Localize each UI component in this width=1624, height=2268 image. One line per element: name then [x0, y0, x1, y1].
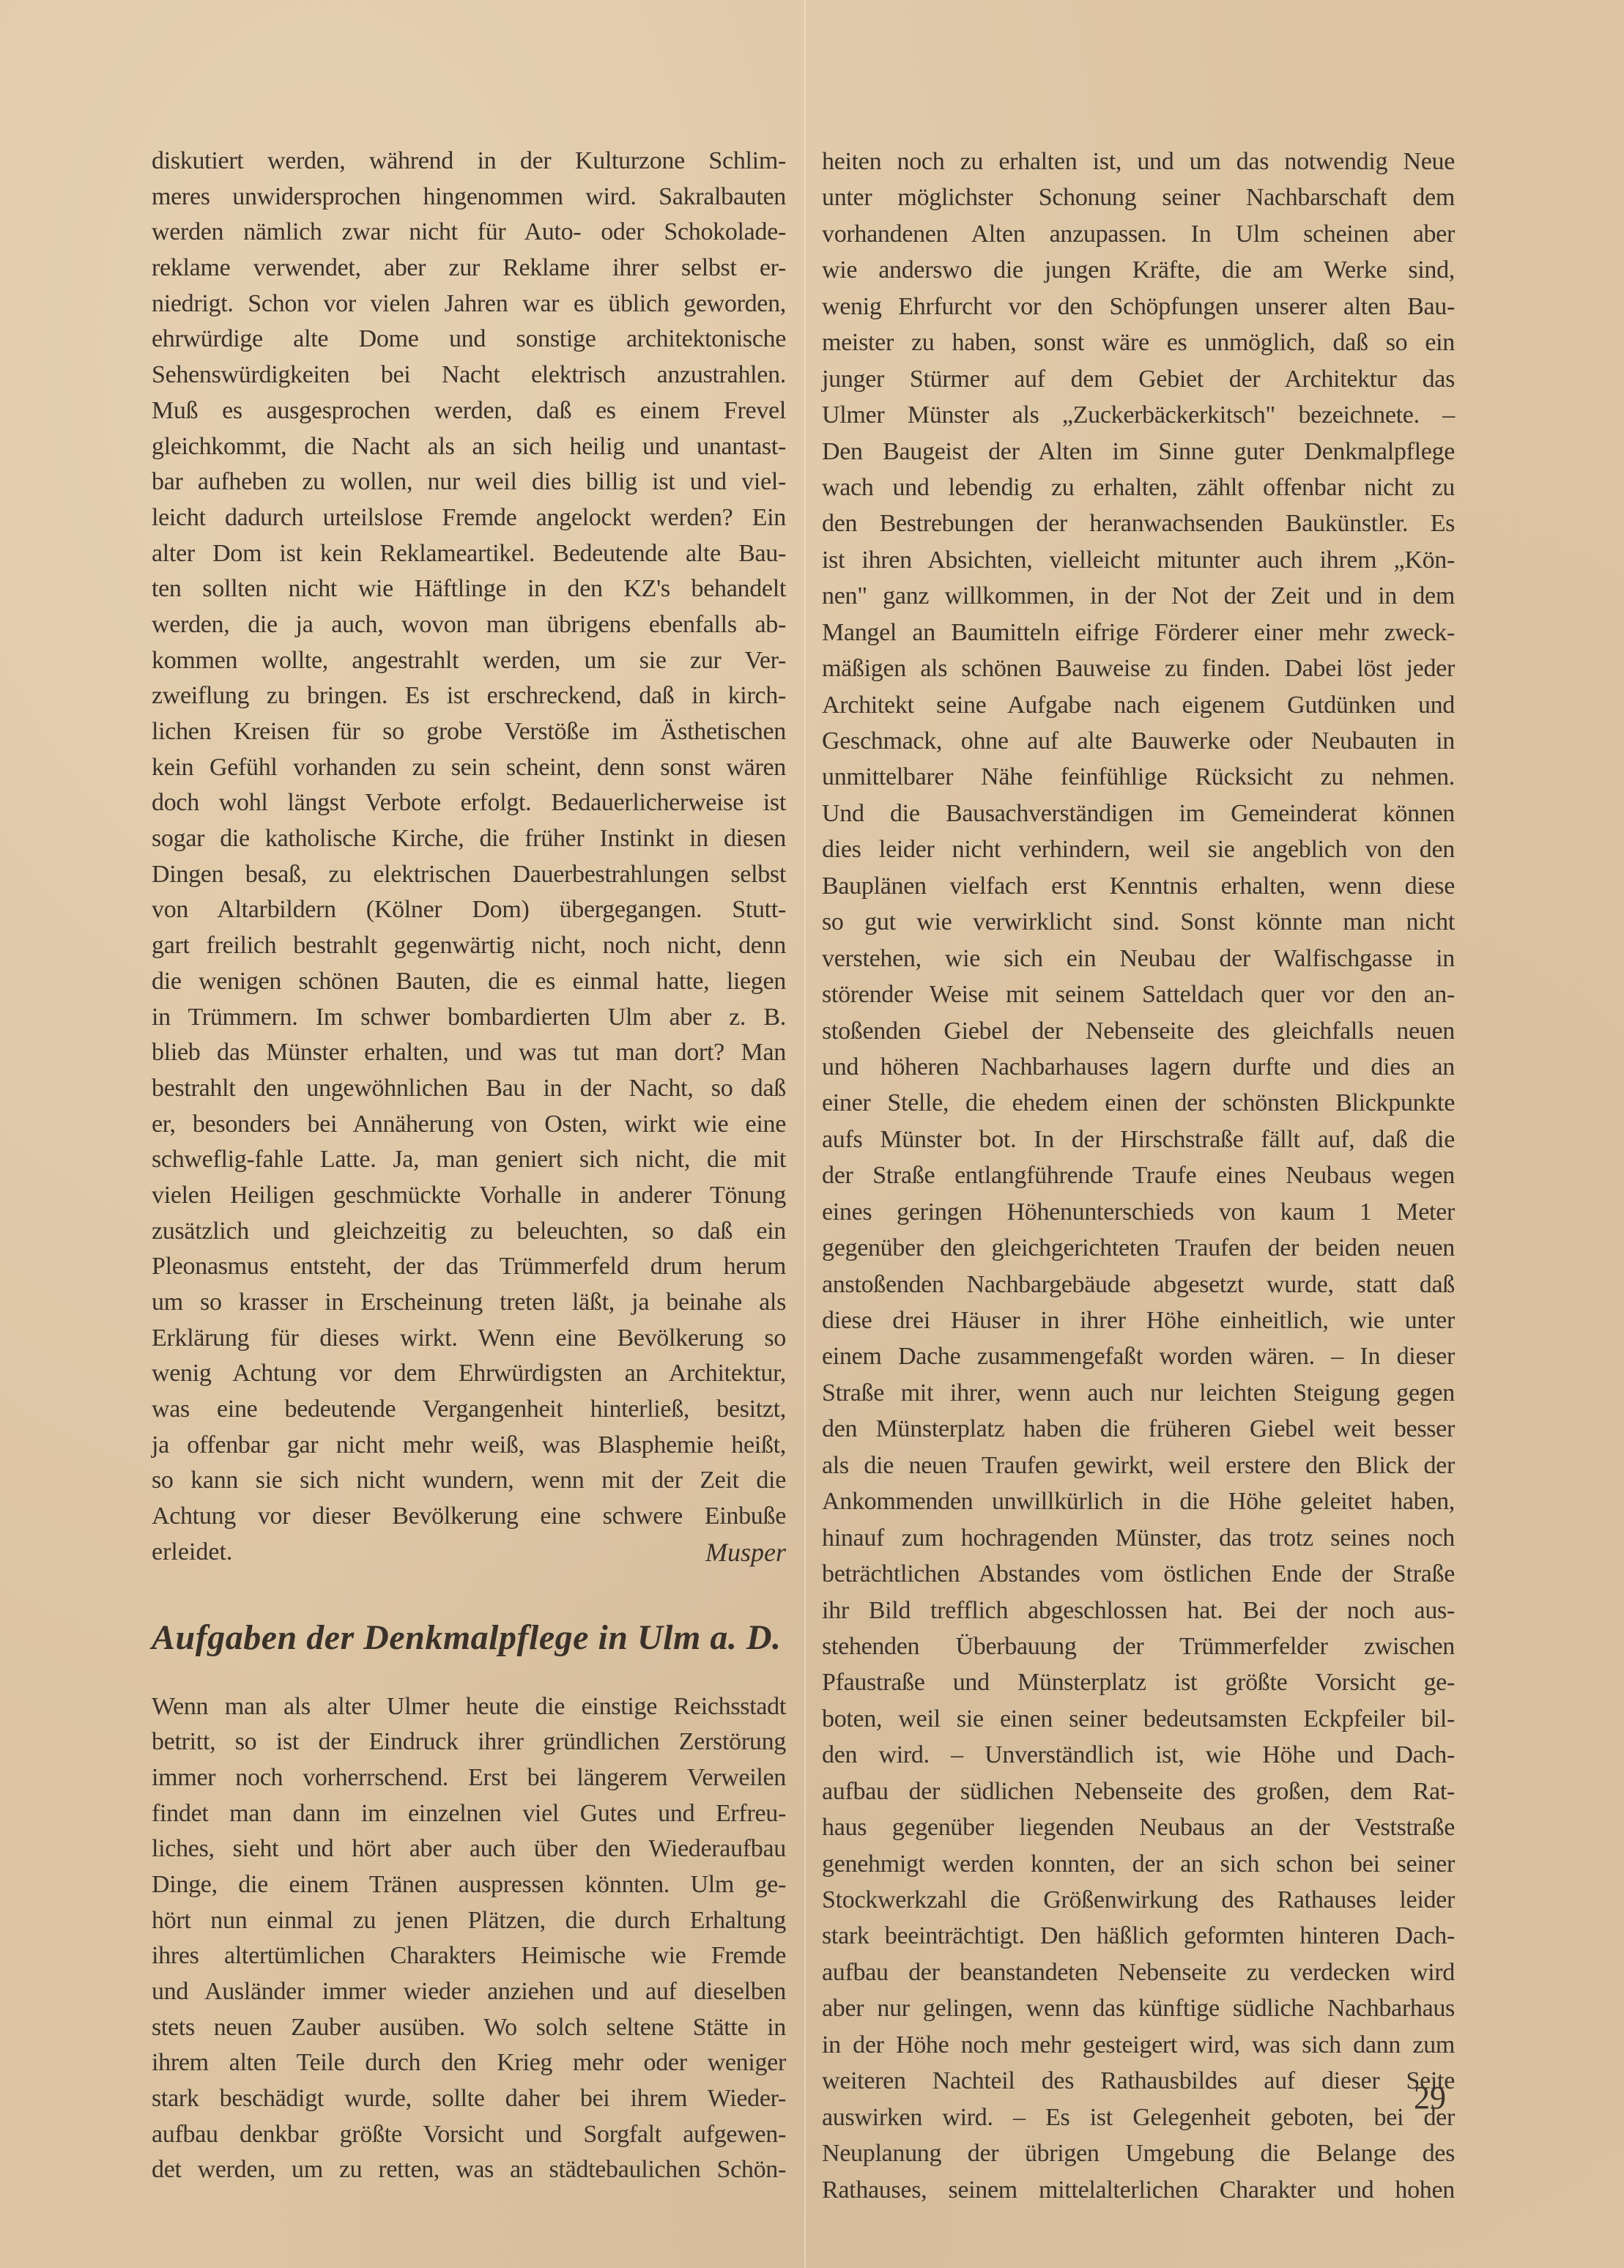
- text-line: mäßigen als schönen Bauweise zu finden. …: [822, 651, 1455, 686]
- article-musper-body: diskutiert werden, während in der Kultur…: [152, 144, 786, 1535]
- text-line: Ankommenden unwillkürlich in die Höhe ge…: [822, 1483, 1455, 1519]
- text-line: wenig Achtung vor dem Ehrwürdigsten an A…: [152, 1356, 786, 1392]
- text-line: und höheren Nachbarhauses lagern durfte …: [822, 1049, 1455, 1085]
- text-line: Achtung vor dieser Bevölkerung eine schw…: [152, 1499, 786, 1535]
- text-line: vorhandenen Alten anzupassen. In Ulm sch…: [822, 216, 1455, 252]
- text-line: liches, sieht und hört aber auch über de…: [152, 1831, 786, 1867]
- text-line: Dingen besaß, zu elektrischen Dauerbestr…: [152, 857, 786, 893]
- text-line: wenig Ehrfurcht vor den Schöpfungen unse…: [822, 289, 1455, 325]
- text-line: immer noch vorherrschend. Erst bei länge…: [152, 1760, 786, 1796]
- text-line: lichen Kreisen für so grobe Verstöße im …: [152, 714, 786, 750]
- text-line: von Altarbildern (Kölner Dom) übergegang…: [152, 892, 786, 928]
- text-line: ist ihren Absichten, vielleicht mitunter…: [822, 542, 1455, 578]
- page-number: 29: [1414, 2079, 1446, 2116]
- text-line: alter Dom ist kein Reklameartikel. Bedeu…: [152, 536, 786, 572]
- text-line: beträchtlichen Abstandes vom östlichen E…: [822, 1556, 1455, 1592]
- text-line: störender Weise mit seinem Satteldach qu…: [822, 976, 1455, 1012]
- text-line: stark beeinträchtigt. Den häßlich geform…: [822, 1918, 1455, 1954]
- text-line: Sehenswürdigkeiten bei Nacht elektrisch …: [152, 357, 786, 393]
- text-line: werden, die ja auch, wovon man übrigens …: [152, 607, 786, 643]
- text-line: als die neuen Traufen gewirkt, weil erst…: [822, 1448, 1455, 1483]
- text-line: vielen Heiligen geschmückte Vorhalle in …: [152, 1178, 786, 1214]
- text-line: reklame verwendet, aber zur Reklame ihre…: [152, 251, 786, 286]
- text-line: kommen wollte, angestrahlt werden, um si…: [152, 643, 786, 679]
- text-line: betritt, so ist der Eindruck ihrer gründ…: [152, 1724, 786, 1760]
- text-line: zusätzlich und gleichzeitig zu beleuchte…: [152, 1214, 786, 1250]
- article-musper-ending: erleidet. Musper: [152, 1535, 786, 1571]
- text-line: weiteren Nachteil des Rathausbildes auf …: [822, 2063, 1455, 2099]
- text-line: meres unwidersprochen hingenommen wird. …: [152, 179, 786, 215]
- text-line: dies leider nicht verhindern, weil sie a…: [822, 831, 1455, 867]
- text-line: bar aufheben zu wollen, nur weil dies bi…: [152, 464, 786, 500]
- text-line: unter möglichster Schonung seiner Nachba…: [822, 179, 1455, 215]
- text-line: hört nun einmal zu jenen Plätzen, die du…: [152, 1903, 786, 1939]
- text-line: Geschmack, ohne auf alte Bauwerke oder N…: [822, 723, 1455, 759]
- right-column: heiten noch zu erhalten ist, und um das …: [822, 144, 1455, 2208]
- text-line: den wird. – Unverständlich ist, wie Höhe…: [822, 1737, 1455, 1773]
- text-line: einem Dache zusammengefaßt worden wären.…: [822, 1338, 1455, 1374]
- text-line: den Bestrebungen der heranwachsenden Bau…: [822, 505, 1455, 541]
- text-line: bestrahlt den ungewöhnlichen Bau in der …: [152, 1071, 786, 1107]
- text-line: Erklärung für dieses wirkt. Wenn eine Be…: [152, 1321, 786, 1357]
- text-line: zweiflung zu bringen. Es ist erschrecken…: [152, 678, 786, 714]
- text-line: meister zu haben, sonst wäre es unmöglic…: [822, 325, 1455, 360]
- text-line: diskutiert werden, während in der Kultur…: [152, 144, 786, 179]
- text-line: aufbau denkbar größte Vorsicht und Sorgf…: [152, 2117, 786, 2153]
- article-denkmalpflege-continued: heiten noch zu erhalten ist, und um das …: [822, 144, 1455, 2208]
- text-line: unmittelbarer Nähe feinfühlige Rücksicht…: [822, 759, 1455, 795]
- text-line: werden nämlich zwar nicht für Auto- oder…: [152, 215, 786, 251]
- text-line: aufs Münster bot. In der Hirschstraße fä…: [822, 1122, 1455, 1157]
- text-line: heiten noch zu erhalten ist, und um das …: [822, 144, 1455, 179]
- text-line: stoßenden Giebel der Nebenseite des glei…: [822, 1013, 1455, 1049]
- text-line: stets neuen Zauber ausüben. Wo solch sel…: [152, 2010, 786, 2046]
- text-line: ihres altertümlichen Charakters Heimisch…: [152, 1938, 786, 1974]
- text-line: aber nur gelingen, wenn das künftige süd…: [822, 1990, 1455, 2026]
- text-line: Pleonasmus entsteht, der das Trümmerfeld…: [152, 1249, 786, 1285]
- article-denkmalpflege-body: Wenn man als alter Ulmer heute die einst…: [152, 1689, 786, 2189]
- text-line: die wenigen schönen Bauten, die es einma…: [152, 964, 786, 1000]
- text-line: Den Baugeist der Alten im Sinne guter De…: [822, 434, 1455, 470]
- text-line: genehmigt werden konnten, der an sich sc…: [822, 1846, 1455, 1882]
- text-line: Wenn man als alter Ulmer heute die einst…: [152, 1689, 786, 1725]
- text-line: stark beschädigt wurde, sollte daher bei…: [152, 2081, 786, 2117]
- text-line: so gut wie verwirklicht sind. Sonst könn…: [822, 904, 1455, 940]
- text-line: kein Gefühl vorhanden zu sein scheint, d…: [152, 750, 786, 786]
- text-line: den Münsterplatz haben die früheren Gieb…: [822, 1411, 1455, 1447]
- text-line: ja offenbar gar nicht mehr weiß, was Bla…: [152, 1428, 786, 1464]
- text-line: verstehen, wie sich ein Neubau der Walfi…: [822, 941, 1455, 976]
- text-line: Stockwerkzahl die Größenwirkung des Rath…: [822, 1882, 1455, 1918]
- text-line: aufbau der beanstandeten Nebenseite zu v…: [822, 1954, 1455, 1990]
- author-signature: Musper: [705, 1535, 786, 1571]
- text-line: ihr Bild trefflich abgeschlossen hat. Be…: [822, 1593, 1455, 1628]
- text-line: Pfaustraße und Münsterplatz ist größte V…: [822, 1664, 1455, 1700]
- text-line: Rathauses, seinem mittelalterlichen Char…: [822, 2172, 1455, 2208]
- text-line: wach und lebendig zu erhalten, zählt off…: [822, 470, 1455, 505]
- text-line: anstoßenden Nachbargebäude abgesetzt wur…: [822, 1267, 1455, 1302]
- text-line: so kann sie sich nicht wundern, wenn mit…: [152, 1463, 786, 1499]
- text-line: eines geringen Höhenunterschieds von kau…: [822, 1194, 1455, 1230]
- text-line: Architekt seine Aufgabe nach eigenem Gut…: [822, 687, 1455, 723]
- text-line: Muß es ausgesprochen werden, daß es eine…: [152, 393, 786, 429]
- text-line: stehenden Überbauung der Trümmerfelder z…: [822, 1628, 1455, 1664]
- text-line: Mangel an Baumitteln eifrige Förderer ei…: [822, 615, 1455, 651]
- text-line: Straße mit ihrer, wenn auch nur leichten…: [822, 1375, 1455, 1411]
- text-line: um so krasser in Erscheinung treten läßt…: [152, 1285, 786, 1321]
- text-line: gleichkommt, die Nacht als an sich heili…: [152, 429, 786, 465]
- text-line: diese drei Häuser in ihrer Höhe einheitl…: [822, 1302, 1455, 1338]
- text-line: Neuplanung der übrigen Umgebung die Bela…: [822, 2135, 1455, 2171]
- text-line: er, besonders bei Annäherung von Osten, …: [152, 1107, 786, 1143]
- text-line: aufbau der südlichen Nebenseite des groß…: [822, 1774, 1455, 1809]
- text-line: doch wohl längst Verbote erfolgt. Bedaue…: [152, 785, 786, 821]
- text-line: in der Höhe noch mehr gesteigert wird, w…: [822, 2027, 1455, 2063]
- text-line: und Ausländer immer wieder anziehen und …: [152, 1974, 786, 2010]
- text-line: was eine bedeutende Vergangenheit hinter…: [152, 1392, 786, 1428]
- text-line: der Straße entlangführende Traufe eines …: [822, 1157, 1455, 1193]
- text-line: Bauplänen vielfach erst Kenntnis erhalte…: [822, 868, 1455, 904]
- text-line: det werden, um zu retten, was an städteb…: [152, 2152, 786, 2188]
- text-line: gegenüber den gleichgerichteten Traufen …: [822, 1230, 1455, 1266]
- text-line: boten, weil sie einen seiner bedeutsamst…: [822, 1701, 1455, 1737]
- text-line: gart freilich bestrahlt gegenwärtig nich…: [152, 928, 786, 964]
- text-line: einer Stelle, die ehedem einen der schön…: [822, 1085, 1455, 1121]
- text-line: Dinge, die einem Tränen auspressen könnt…: [152, 1867, 786, 1903]
- text-line: auswirken wird. – Es ist Gelegenheit geb…: [822, 2100, 1455, 2135]
- text-line: blieb das Münster erhalten, und was tut …: [152, 1035, 786, 1071]
- text-line: nen" ganz willkommen, in der Not der Zei…: [822, 578, 1455, 614]
- text-line: sogar die katholische Kirche, die früher…: [152, 821, 786, 857]
- text-line: niedrigt. Schon vor vielen Jahren war es…: [152, 286, 786, 322]
- text-line: in Trümmern. Im schwer bombardierten Ulm…: [152, 1000, 786, 1036]
- text-line: haus gegenüber liegenden Neubaus an der …: [822, 1809, 1455, 1845]
- text-line: ihrem alten Teile durch den Krieg mehr o…: [152, 2045, 786, 2081]
- left-column: diskutiert werden, während in der Kultur…: [152, 144, 786, 2188]
- article-heading: Aufgaben der Denkmalpflege in Ulm a. D.: [152, 1616, 786, 1660]
- text-line: schweflig-fahle Latte. Ja, man geniert s…: [152, 1142, 786, 1178]
- text-line: junger Stürmer auf dem Gebiet der Archit…: [822, 361, 1455, 397]
- page-fold-line: [804, 0, 806, 2268]
- text-line: leicht dadurch urteilslose Fremde angelo…: [152, 500, 786, 536]
- text-line: Ulmer Münster als „Zuckerbäckerkitsch" b…: [822, 397, 1455, 433]
- text-line: Und die Bausachverständigen im Gemeinder…: [822, 796, 1455, 831]
- text-line: ten sollten nicht wie Häftlinge in den K…: [152, 571, 786, 607]
- text-line: wie anderswo die jungen Kräfte, die am W…: [822, 252, 1455, 288]
- text-line: ehrwürdige alte Dome und sonstige archit…: [152, 322, 786, 357]
- text-line: hinauf zum hochragenden Münster, das tro…: [822, 1520, 1455, 1556]
- closing-line: erleidet.: [152, 1535, 232, 1571]
- text-line: findet man dann im einzelnen viel Gutes …: [152, 1796, 786, 1832]
